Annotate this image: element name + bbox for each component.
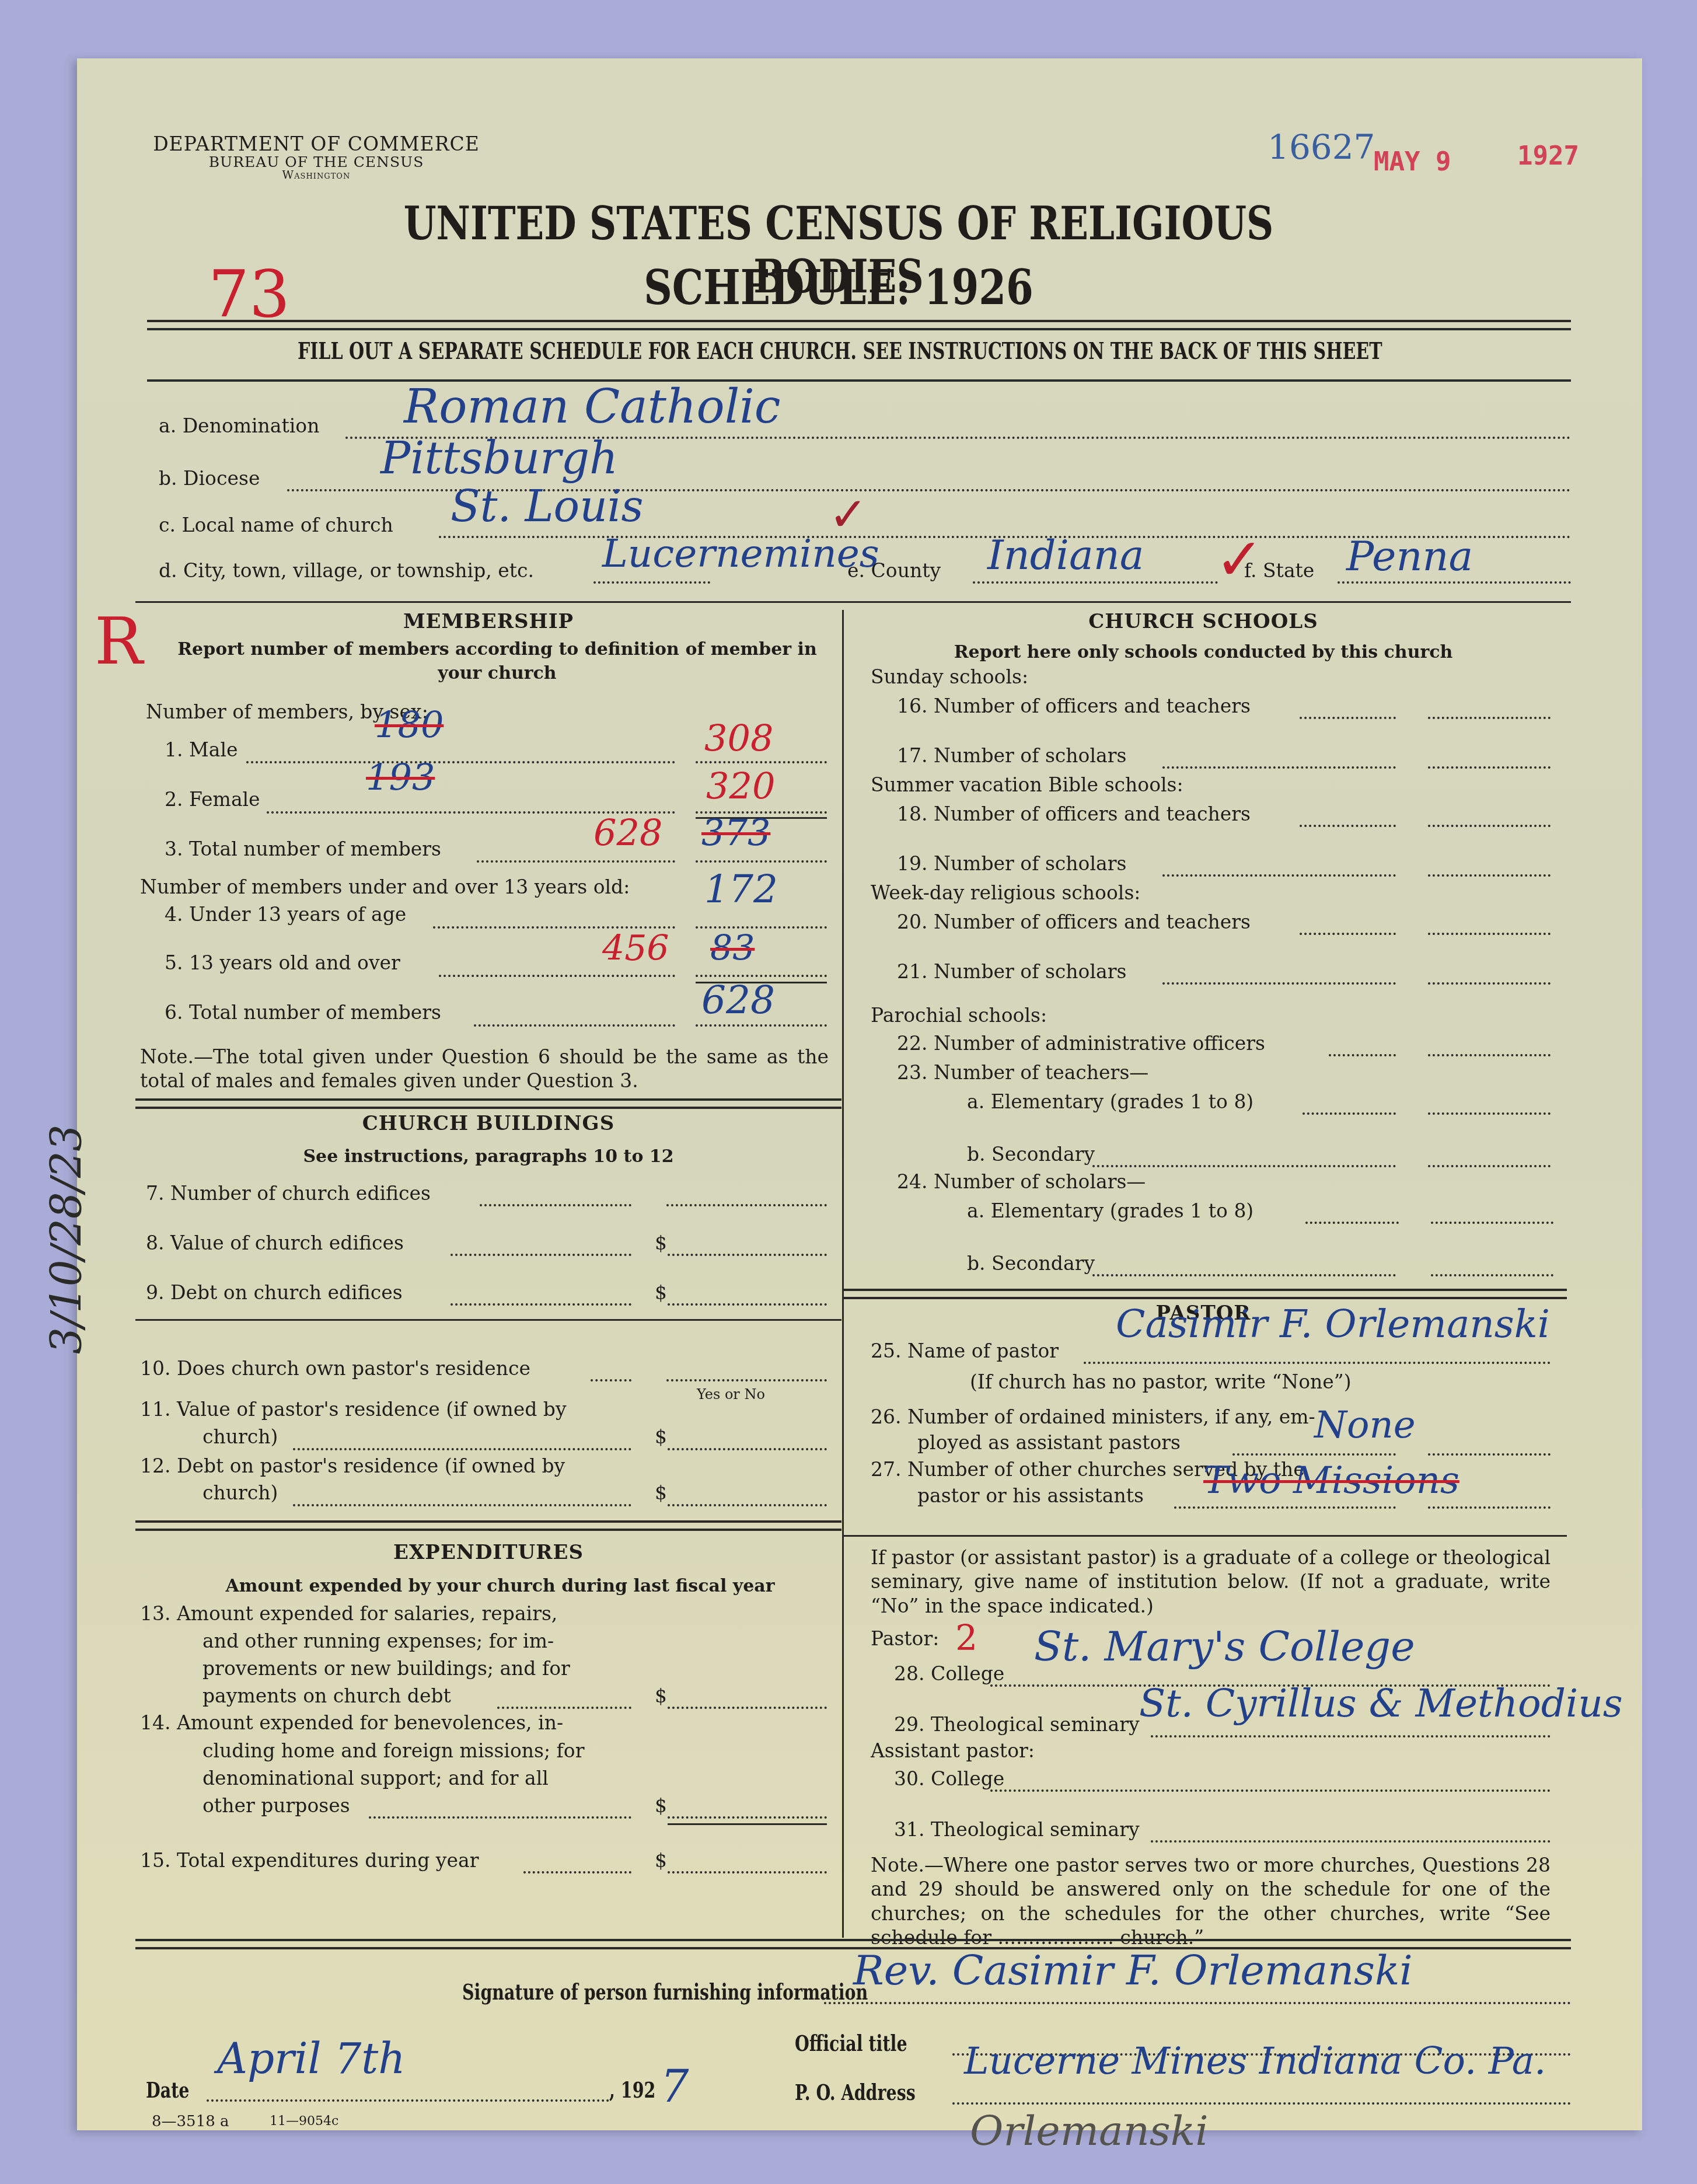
- q25-hint: (If church has no pastor, write “None”): [970, 1370, 1352, 1393]
- column-divider: [842, 610, 844, 1938]
- q12-label: 12. Debt on pastor's residence (if owned…: [140, 1454, 565, 1477]
- q18-answer-field[interactable]: [1428, 825, 1551, 827]
- header-rule: [147, 320, 1571, 330]
- q21-dots: [1162, 982, 1396, 985]
- q12-label-cont: church): [202, 1481, 278, 1504]
- age-label: Number of members under and over 13 year…: [140, 875, 630, 898]
- female-field[interactable]: 320: [706, 765, 775, 807]
- pastor-heading: Pastor:: [871, 1627, 939, 1650]
- q24b-label: b. Secondary: [967, 1252, 1095, 1275]
- city-label: d. City, town, village, or township, etc…: [159, 559, 534, 582]
- male-label: 1. Male: [165, 738, 238, 761]
- total-label: 3. Total number of members: [165, 838, 441, 860]
- graduate-instruction: If pastor (or assistant pastor) is a gra…: [871, 1545, 1551, 1618]
- city-field[interactable]: Lucernemines: [602, 531, 879, 576]
- diocese-field[interactable]: Pittsburgh: [380, 432, 618, 484]
- year-prefix: , 192: [609, 2077, 655, 2103]
- q7-label: 7. Number of church edifices: [146, 1182, 431, 1205]
- female-struck-value: 193: [366, 756, 435, 798]
- q18-label: 18. Number of officers and teachers: [897, 803, 1251, 825]
- total6-field[interactable]: 628: [701, 978, 775, 1023]
- diocese-label: b. Diocese: [159, 467, 260, 490]
- q19-label: 19. Number of scholars: [897, 852, 1126, 875]
- pencil-note: Orlemanski: [970, 2107, 1209, 2155]
- date-line: [207, 2099, 609, 2102]
- q23a-answer-field[interactable]: [1428, 1112, 1551, 1115]
- q16-answer-field[interactable]: [1428, 717, 1551, 719]
- q14-label-cont: other purposes: [202, 1794, 350, 1817]
- denomination-field[interactable]: Roman Catholic: [404, 379, 781, 434]
- college-field[interactable]: St. Mary's College: [1034, 1623, 1415, 1670]
- q19-dots: [1162, 874, 1396, 877]
- dollar-sign: $: [655, 1849, 667, 1872]
- buildings-bottom-rule: [135, 1520, 841, 1531]
- denomination-label: a. Denomination: [159, 414, 319, 437]
- over13-dots: [439, 975, 675, 977]
- po-address-field[interactable]: Lucerne Mines Indiana Co. Pa.: [964, 2040, 1546, 2083]
- q24a-dots: [1305, 1222, 1399, 1224]
- date-label: Date: [146, 2077, 189, 2103]
- q16-dots: [1300, 717, 1396, 719]
- signature-label: Signature of person furnishing informati…: [462, 1979, 868, 2005]
- q10-label: 10. Does church own pastor's residence: [140, 1357, 530, 1380]
- q13-label-cont: provements or new buildings; and for: [202, 1657, 570, 1680]
- q11-dots: [293, 1448, 631, 1450]
- schools-rule: [843, 1289, 1567, 1299]
- q22-dots: [1329, 1054, 1396, 1056]
- membership-title: MEMBERSHIP: [135, 610, 841, 633]
- church-buildings-title: CHURCH BUILDINGS: [135, 1112, 841, 1135]
- q17-label: 17. Number of scholars: [897, 744, 1126, 767]
- q28-label: 28. College: [894, 1662, 1004, 1685]
- membership-subtitle: Report number of members according to de…: [176, 638, 818, 685]
- q7-answer-field[interactable]: [666, 1204, 827, 1206]
- q12-dots: [293, 1504, 631, 1506]
- q14-label-cont: cluding home and foreign missions; for: [202, 1739, 584, 1762]
- church-schools-subtitle: Report here only schools conducted by th…: [847, 641, 1559, 665]
- q14-answer-field[interactable]: [668, 1816, 827, 1819]
- male-answer-line: [696, 761, 827, 763]
- form-number: 8—3518 a: [152, 2113, 229, 2130]
- expenditures-subtitle: Amount expended by your church during la…: [170, 1575, 830, 1599]
- q15-label: 15. Total expenditures during year: [140, 1849, 479, 1872]
- buildings-rule: [135, 1319, 841, 1321]
- q24b-dots: [1092, 1274, 1396, 1276]
- male-dots: [246, 761, 675, 763]
- q23a-dots: [1303, 1112, 1396, 1115]
- total-red-value: 628: [593, 811, 662, 854]
- summer-schools-heading: Summer vacation Bible schools:: [871, 773, 1183, 796]
- under13-field[interactable]: 172: [704, 867, 778, 912]
- q17-answer-field[interactable]: [1428, 766, 1551, 769]
- seminary-field[interactable]: St. Cyrillus & Methodius: [1139, 1681, 1623, 1726]
- po-address-label: P. O. Address: [795, 2079, 916, 2105]
- file-number-stamp: 16627: [1267, 127, 1375, 167]
- q10-dots: [591, 1379, 631, 1381]
- q13-label: 13. Amount expended for salaries, repair…: [140, 1602, 557, 1625]
- q14-label: 14. Amount expended for benevolences, in…: [140, 1711, 563, 1734]
- church-schools-title: CHURCH SCHOOLS: [847, 610, 1559, 633]
- local-name-label: c. Local name of church: [159, 514, 393, 536]
- q31-field[interactable]: [1151, 1840, 1551, 1843]
- q30-field[interactable]: [990, 1789, 1551, 1792]
- q14-dots: [369, 1816, 631, 1819]
- over13-label: 5. 13 years old and over: [165, 951, 400, 974]
- total6-answer-line: [696, 1024, 827, 1027]
- official-title-label: Official title: [795, 2030, 907, 2056]
- q24b-answer-field[interactable]: [1431, 1274, 1553, 1276]
- q21-answer-field[interactable]: [1428, 982, 1551, 985]
- male-field[interactable]: 308: [704, 717, 773, 759]
- bureau-name: BUREAU OF THE CENSUS: [153, 155, 480, 170]
- q26-label-cont: ployed as assistant pastors: [917, 1431, 1181, 1454]
- q24-label: 24. Number of scholars—: [897, 1170, 1146, 1193]
- dollar-sign: $: [655, 1684, 667, 1707]
- q13-dots: [497, 1707, 631, 1709]
- total6-label: 6. Total number of members: [165, 1001, 441, 1024]
- pastor-note: Note.—Where one pastor serves two or mor…: [871, 1853, 1551, 1949]
- fill-out-instruction: FILL OUT A SEPARATE SCHEDULE FOR EACH CH…: [298, 337, 1382, 365]
- q7-dots: [480, 1204, 631, 1206]
- county-field[interactable]: Indiana: [987, 531, 1144, 579]
- q31-label: 31. Theological seminary: [894, 1818, 1140, 1841]
- dollar-sign: $: [655, 1794, 667, 1817]
- q23b-dots: [1092, 1165, 1396, 1167]
- received-year-stamp: 1927: [1517, 141, 1579, 171]
- q25-label: 25. Name of pastor: [871, 1339, 1059, 1362]
- q11-answer-field[interactable]: [668, 1448, 827, 1450]
- q16-label: 16. Number of officers and teachers: [897, 695, 1251, 717]
- q17-dots: [1162, 766, 1396, 769]
- q22-label: 22. Number of administrative officers: [897, 1032, 1265, 1055]
- q18-dots: [1300, 825, 1396, 827]
- q11-label-cont: church): [202, 1425, 278, 1448]
- q23b-answer-field[interactable]: [1428, 1165, 1551, 1167]
- instruction-rule: [147, 379, 1571, 382]
- q30-label: 30. College: [894, 1767, 1004, 1790]
- q29-label: 29. Theological seminary: [894, 1713, 1140, 1736]
- dollar-sign: $: [655, 1281, 667, 1304]
- q8-dots: [451, 1254, 631, 1256]
- form-schedule-year: SCHEDULE: 1926: [372, 260, 1305, 316]
- over13-field[interactable]: 83: [710, 928, 755, 969]
- po-address-line: [952, 2102, 1571, 2105]
- total6-dots: [474, 1024, 675, 1027]
- county-line: [973, 581, 1218, 584]
- dollar-sign: $: [655, 1425, 667, 1448]
- identification-rule: [135, 601, 1571, 603]
- state-field[interactable]: Penna: [1346, 532, 1473, 580]
- sum-rule: [668, 1823, 827, 1825]
- q9-label: 9. Debt on church edifices: [146, 1281, 403, 1304]
- q12-answer-field[interactable]: [668, 1504, 827, 1506]
- dollar-sign: $: [655, 1231, 667, 1254]
- pastor-rule: [843, 1535, 1567, 1537]
- parochial-schools-heading: Parochial schools:: [871, 1004, 1047, 1027]
- signature-line: [824, 2002, 1571, 2004]
- received-date-stamp: MAY 9: [1374, 147, 1451, 177]
- q9-dots: [451, 1303, 631, 1306]
- under13-label: 4. Under 13 years of age: [165, 903, 406, 926]
- assistant-pastor-heading: Assistant pastor:: [871, 1739, 1035, 1762]
- q23b-label: b. Secondary: [967, 1143, 1095, 1166]
- q11-label: 11. Value of pastor's residence (if owne…: [140, 1398, 567, 1421]
- local-name-field[interactable]: St. Louis: [451, 482, 643, 532]
- q27-answer-line: [1428, 1506, 1551, 1509]
- q24a-answer-field[interactable]: [1431, 1222, 1553, 1224]
- total-field[interactable]: 373: [701, 811, 770, 854]
- sunday-schools-heading: Sunday schools:: [871, 665, 1028, 688]
- state-line: [1338, 581, 1571, 584]
- year-field[interactable]: 7: [661, 2060, 689, 2112]
- census-schedule-paper: DEPARTMENT OF COMMERCE BUREAU OF THE CEN…: [77, 58, 1642, 2130]
- q8-label: 8. Value of church edifices: [146, 1231, 404, 1254]
- q26-dots: [1232, 1453, 1396, 1456]
- q13-answer-field[interactable]: [668, 1707, 827, 1709]
- over13-red-value: 456: [602, 928, 669, 969]
- signature-field[interactable]: Rev. Casimir F. Orlemanski: [853, 1946, 1413, 1994]
- q23a-label: a. Elementary (grades 1 to 8): [967, 1090, 1253, 1113]
- q29-line: [1151, 1735, 1551, 1738]
- membership-rule: [135, 1098, 841, 1109]
- q20-answer-field[interactable]: [1428, 933, 1551, 935]
- other-churches-field[interactable]: Two Missions: [1203, 1459, 1459, 1502]
- county-label: e. County: [847, 559, 941, 582]
- yes-or-no-hint: Yes or No: [697, 1386, 765, 1402]
- q9-answer-field[interactable]: [668, 1303, 827, 1306]
- q24a-label: a. Elementary (grades 1 to 8): [967, 1199, 1253, 1222]
- weekday-schools-heading: Week-day religious schools:: [871, 881, 1140, 904]
- department-name: DEPARTMENT OF COMMERCE: [153, 134, 480, 155]
- bureau-city: Washington: [153, 170, 480, 182]
- q8-answer-field[interactable]: [668, 1254, 827, 1256]
- dollar-sign: $: [655, 1481, 667, 1504]
- q26-label: 26. Number of ordained ministers, if any…: [871, 1405, 1315, 1428]
- q19-answer-field[interactable]: [1428, 874, 1551, 877]
- church-buildings-subtitle: See instructions, paragraphs 10 to 12: [135, 1145, 841, 1169]
- over13-answer-line: [696, 975, 827, 977]
- female-label: 2. Female: [165, 788, 260, 811]
- q13-label-cont: payments on church debt: [202, 1684, 451, 1707]
- q22-answer-field[interactable]: [1428, 1054, 1551, 1056]
- q25-line: [1084, 1362, 1551, 1364]
- q15-answer-field[interactable]: [668, 1871, 827, 1874]
- city-line: [593, 581, 710, 584]
- q10-answer-field[interactable]: [666, 1379, 827, 1381]
- q26-answer-line: [1428, 1453, 1551, 1456]
- membership-note: Note.—The total given under Question 6 s…: [140, 1045, 829, 1093]
- total-answer-line: [696, 860, 827, 863]
- q21-label: 21. Number of scholars: [897, 960, 1126, 983]
- date-field[interactable]: April 7th: [217, 2034, 406, 2083]
- q20-dots: [1300, 933, 1396, 935]
- margin-date-note: 3/10/28/23: [42, 1125, 91, 1354]
- total-dots: [477, 860, 675, 863]
- male-struck-value: 180: [375, 703, 444, 746]
- q15-dots: [523, 1871, 631, 1874]
- state-label: f. State: [1244, 559, 1314, 582]
- expenditures-title: EXPENDITURES: [135, 1541, 841, 1564]
- q20-label: 20. Number of officers and teachers: [897, 910, 1251, 933]
- q14-label-cont: denominational support; and for all: [202, 1767, 549, 1789]
- q23-label: 23. Number of teachers—: [897, 1061, 1148, 1084]
- pastor-name-field[interactable]: Casimir F. Orlemanski: [1116, 1302, 1550, 1346]
- department-header: DEPARTMENT OF COMMERCE BUREAU OF THE CEN…: [153, 134, 480, 182]
- pastor-red-mark: 2: [955, 1618, 977, 1659]
- print-number: 11—9054c: [270, 2114, 338, 2129]
- q27-dots: [1174, 1506, 1396, 1509]
- q13-label-cont: and other running expenses; for im-: [202, 1630, 554, 1652]
- q27-label-cont: pastor or his assistants: [917, 1484, 1144, 1507]
- assistant-pastors-field[interactable]: None: [1314, 1404, 1416, 1447]
